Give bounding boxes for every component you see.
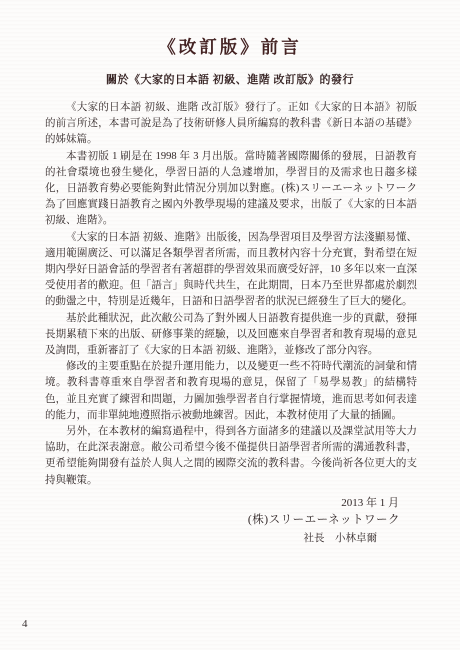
signature-company: (株)スリーエーネットワーク — [45, 512, 417, 530]
page-title: 《改訂版》前言 — [0, 34, 460, 59]
preface-paragraph: 《大家的日本語 初級、進階 改訂版》發行了。正如《大家的日本語》初版的前言所述，… — [45, 100, 417, 149]
preface-body: 《大家的日本語 初級、進階 改訂版》發行了。正如《大家的日本語》初版的前言所述，… — [45, 100, 417, 547]
signature-president: 社長 小林卓爾 — [45, 530, 417, 548]
preface-paragraph: 本書初版 1 刷是在 1998 年 3 月出版。當時隨著國際關係的發展，日語教育… — [45, 149, 417, 230]
preface-paragraph: 基於此種狀況，此次敝公司為了對外國人日語教育提供進一步的貢獻，發揮長期累積下來的… — [45, 311, 417, 360]
page-number: 4 — [22, 618, 28, 630]
page-subtitle: 關於《大家的日本語 初級、進階 改訂版》的發行 — [0, 71, 460, 87]
preface-paragraph: 另外，在本教材的編寫過程中，得到各方面諸多的建議以及課堂試用等大力協助，在此深表… — [45, 424, 417, 489]
book-page: 《改訂版》前言 關於《大家的日本語 初級、進階 改訂版》的發行 《大家的日本語 … — [0, 0, 460, 650]
signature-date: 2013 年 1 月 — [45, 495, 417, 513]
preface-paragraph: 《大家的日本語 初級、進階》出版後，因為學習項目及學習方法淺顯易懂、適用範圍廣泛… — [45, 230, 417, 311]
signature-block: 2013 年 1 月 (株)スリーエーネットワーク 社長 小林卓爾 — [45, 495, 417, 548]
preface-paragraph: 修改的主要重點在於提升運用能力，以及變更一些不符時代潮流的詞彙和情境。教科書尊重… — [45, 359, 417, 424]
